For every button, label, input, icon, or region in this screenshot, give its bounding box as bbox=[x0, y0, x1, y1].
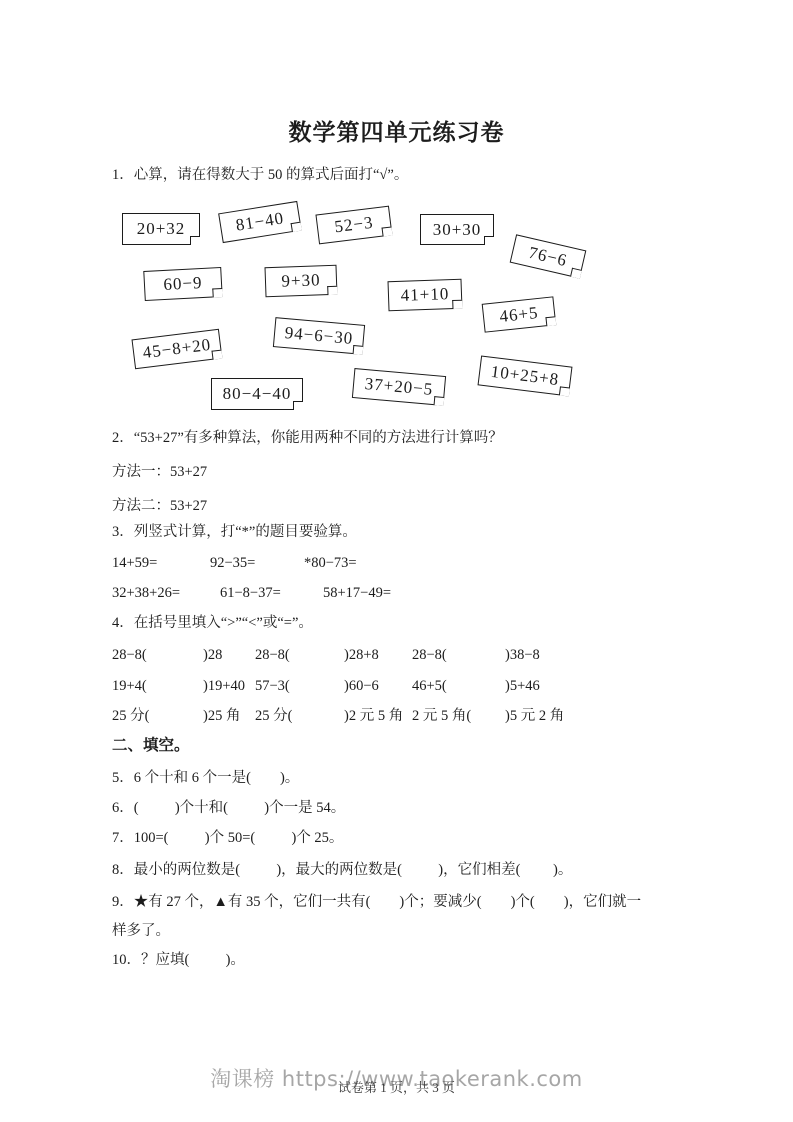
q4-item: )28 bbox=[203, 645, 255, 665]
expression-card-label: 45−8+20 bbox=[142, 335, 213, 363]
q2-method1: 方法一：53+27 bbox=[112, 462, 207, 482]
page-number-info: 试卷第 1 页，共 3 页 bbox=[0, 1077, 793, 1096]
expression-card-label: 20+32 bbox=[137, 219, 186, 239]
q1-prompt: 1．心算，请在得数大于 50 的算式后面打“√”。 bbox=[112, 165, 408, 185]
q4-item: 28−8( bbox=[112, 645, 203, 665]
q3-problem: 92−35= bbox=[210, 553, 304, 573]
q4-item: )25 角 bbox=[203, 706, 255, 726]
q3-problem: 58+17−49= bbox=[323, 583, 532, 603]
q10-fill-blank: 10．？应填( )。 bbox=[112, 950, 245, 970]
q4-item: )5 元 2 角 bbox=[505, 706, 712, 726]
q6-fill-blank: 6．( )个十和( )个一是 54。 bbox=[112, 798, 345, 818]
q3-problems-row2: 32+38+26= 61−8−37= 58+17−49= bbox=[112, 583, 532, 603]
page-title: 数学第四单元练习卷 bbox=[0, 114, 793, 147]
expression-card: 9+30 bbox=[264, 265, 337, 297]
q3-problem: *80−73= bbox=[304, 553, 532, 573]
section2-header: 二、填空。 bbox=[112, 736, 190, 756]
q4-item: )60−6 bbox=[344, 676, 412, 696]
q4-item: )5+46 bbox=[505, 676, 712, 696]
expression-card-label: 81−40 bbox=[234, 208, 285, 235]
q4-item: 28−8( bbox=[412, 645, 505, 665]
q4-compare-row1: 28−8( )28 28−8( )28+8 28−8( )38−8 bbox=[112, 645, 712, 665]
q3-problem: 14+59= bbox=[112, 553, 210, 573]
expression-card: 94−6−30 bbox=[273, 317, 365, 355]
expression-card: 41+10 bbox=[387, 279, 462, 312]
q3-problem: 32+38+26= bbox=[112, 583, 220, 603]
expression-card-label: 94−6−30 bbox=[284, 323, 354, 349]
q4-item: 2 元 5 角( bbox=[412, 706, 505, 726]
expression-card-label: 46+5 bbox=[499, 303, 540, 327]
expression-card-label: 10+25+8 bbox=[490, 362, 561, 390]
expression-card: 20+32 bbox=[122, 213, 200, 245]
q4-prompt: 4．在括号里填入“>”“<”或“=”。 bbox=[112, 613, 313, 633]
q4-item: 25 分( bbox=[112, 706, 203, 726]
expression-card-label: 9+30 bbox=[281, 270, 321, 291]
q4-item: 19+4( bbox=[112, 676, 203, 696]
q7-fill-blank: 7．100=( )个 50=( )个 25。 bbox=[112, 828, 343, 848]
q9-fill-blank-line1: 9．★有 27 个，▲有 35 个，它们一共有( )个；要减少( )个( )，它… bbox=[112, 892, 641, 912]
q4-item: 28−8( bbox=[255, 645, 344, 665]
expression-card: 10+25+8 bbox=[478, 356, 573, 397]
q3-problems-row1: 14+59= 92−35= *80−73= bbox=[112, 553, 532, 573]
q2-method2: 方法二：53+27 bbox=[112, 496, 207, 516]
q4-compare-row2: 19+4( )19+40 57−3( )60−6 46+5( )5+46 bbox=[112, 676, 712, 696]
q8-fill-blank: 8．最小的两位数是( )，最大的两位数是( )，它们相差( )。 bbox=[112, 860, 572, 880]
q4-item: 46+5( bbox=[412, 676, 505, 696]
expression-card: 80−4−40 bbox=[211, 378, 303, 410]
expression-card-label: 60−9 bbox=[163, 273, 203, 295]
expression-card-label: 41+10 bbox=[400, 284, 449, 306]
expression-card-label: 30+30 bbox=[433, 220, 482, 240]
q3-problem: 61−8−37= bbox=[220, 583, 323, 603]
q3-prompt: 3．列竖式计算，打“*”的题目要验算。 bbox=[112, 522, 357, 542]
expression-card: 30+30 bbox=[420, 214, 494, 245]
q9-fill-blank-line2: 样多了。 bbox=[112, 921, 170, 941]
q5-fill-blank: 5．6 个十和 6 个一是( )。 bbox=[112, 768, 299, 788]
expression-card-label: 37+20−5 bbox=[364, 374, 434, 400]
q2-prompt: 2．“53+27”有多种算法，你能用两种不同的方法进行计算吗？ bbox=[112, 428, 503, 448]
expression-card: 52−3 bbox=[315, 206, 392, 245]
expression-card: 45−8+20 bbox=[131, 329, 222, 370]
expression-card: 76−6 bbox=[510, 234, 587, 278]
expression-cards-area: 20+3281−4052−330+3076−660−99+3041+1046+5… bbox=[95, 195, 635, 425]
expression-card: 81−40 bbox=[218, 201, 302, 243]
expression-card: 46+5 bbox=[482, 296, 557, 332]
expression-card-label: 80−4−40 bbox=[223, 384, 292, 404]
q4-item: )38−8 bbox=[505, 645, 712, 665]
q4-compare-row3: 25 分( )25 角 25 分( )2 元 5 角 2 元 5 角( )5 元… bbox=[112, 706, 712, 726]
expression-card-label: 76−6 bbox=[527, 242, 570, 270]
q4-item: )2 元 5 角 bbox=[344, 706, 412, 726]
q4-item: )19+40 bbox=[203, 676, 255, 696]
q4-item: 25 分( bbox=[255, 706, 344, 726]
worksheet-page: 数学第四单元练习卷 1．心算，请在得数大于 50 的算式后面打“√”。 20+3… bbox=[0, 0, 793, 1122]
expression-card: 37+20−5 bbox=[352, 368, 446, 406]
expression-card-label: 52−3 bbox=[333, 213, 374, 238]
expression-card: 60−9 bbox=[143, 267, 222, 301]
q4-item: )28+8 bbox=[344, 645, 412, 665]
q4-item: 57−3( bbox=[255, 676, 344, 696]
